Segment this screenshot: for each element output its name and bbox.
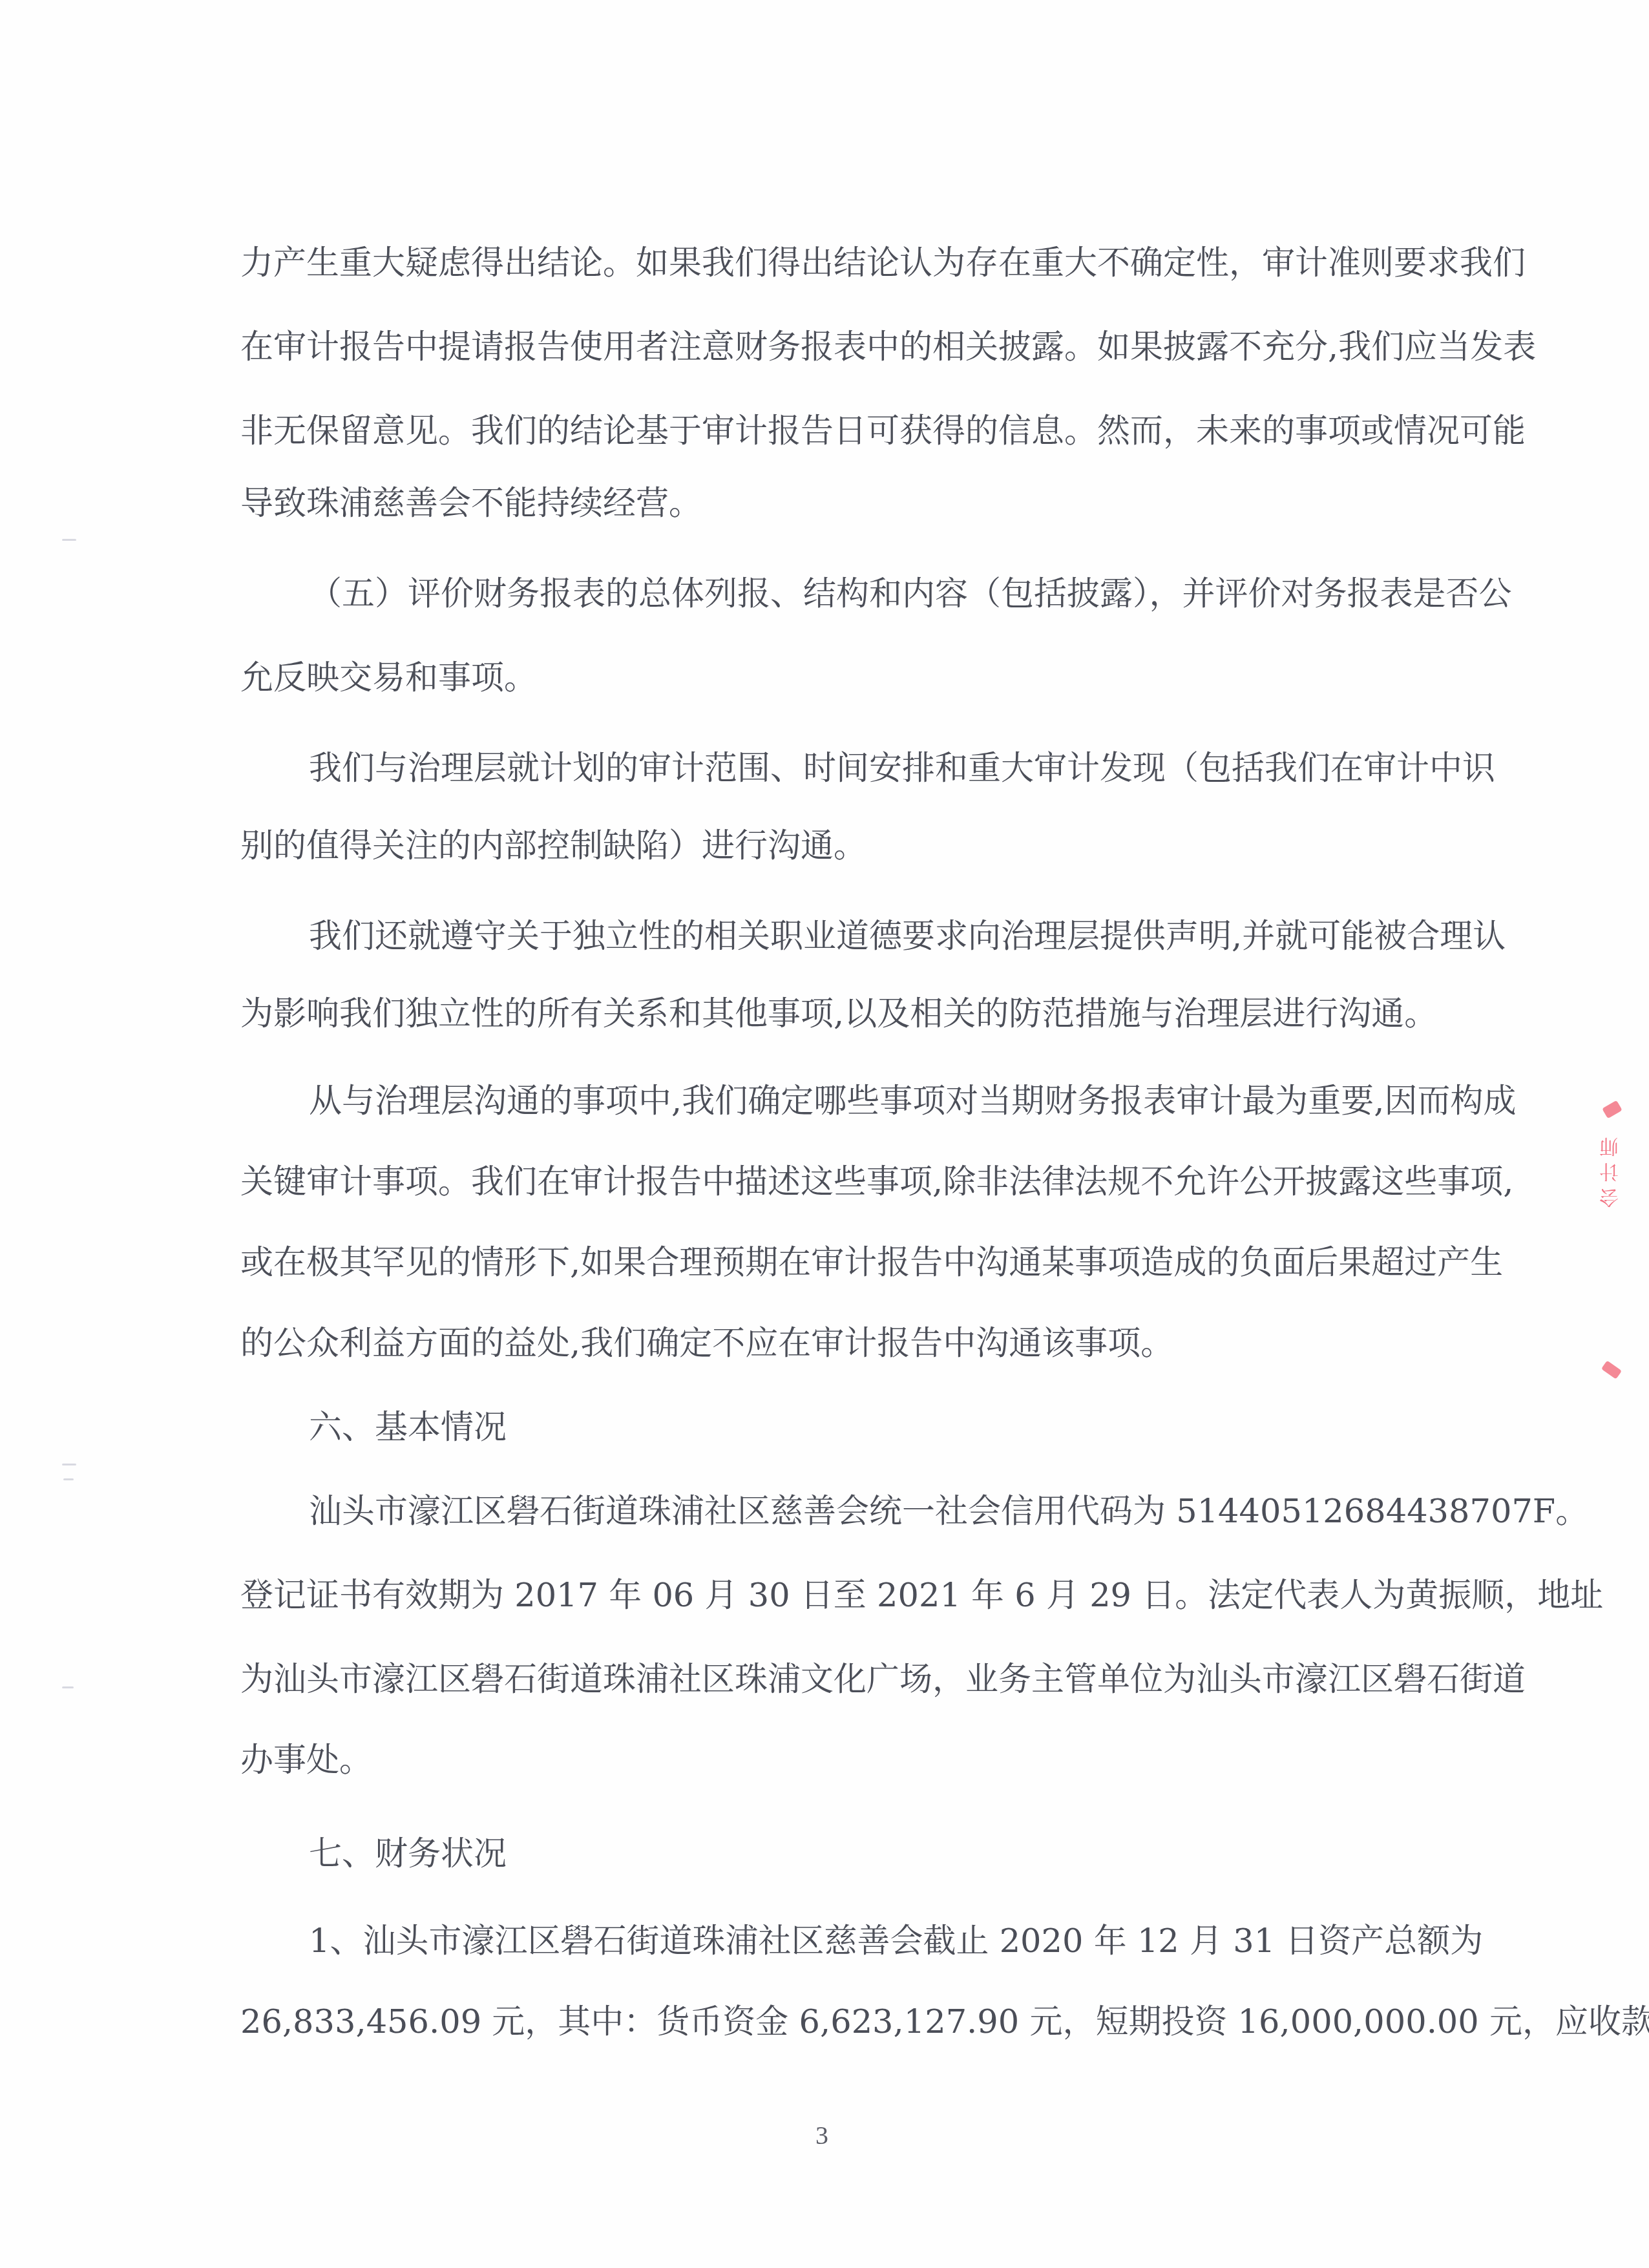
scan-artifact <box>63 1478 74 1480</box>
paragraph-line: 我们与治理层就计划的审计范围、时间安排和重大审计发现（包括我们在审计中识 <box>240 746 1481 792</box>
paragraph-line: 导致珠浦慈善会不能持续经营。 <box>240 481 1481 527</box>
paragraph-line: 为汕头市濠江区礐石街道珠浦社区珠浦文化广场，业务主管单位为汕头市濠江区礐石街道 <box>240 1657 1481 1703</box>
scan-artifact <box>62 539 76 541</box>
seal-fragment-top <box>1602 1100 1623 1119</box>
paragraph-line: 关键审计事项。我们在审计报告中描述这些事项,除非法律法规不允许公开披露这些事项, <box>240 1160 1481 1205</box>
paragraph-line: 为影响我们独立性的所有关系和其他事项,以及相关的防范措施与治理层进行沟通。 <box>240 992 1481 1037</box>
scan-artifact <box>62 1686 74 1688</box>
paragraph-line: 或在极其罕见的情形下,如果合理预期在审计报告中沟通某事项造成的负面后果超过产生 <box>240 1241 1481 1286</box>
paragraph-line: 登记证书有效期为 2017 年 06 月 30 日至 2021 年 6 月 29… <box>240 1573 1481 1619</box>
seal-fragment-bottom <box>1601 1360 1622 1379</box>
paragraph-line: 允反映交易和事项。 <box>240 656 1481 701</box>
paragraph-line: （五）评价财务报表的总体列报、结构和内容（包括披露），并评价对务报表是否公 <box>240 572 1481 617</box>
scan-artifact <box>62 1464 76 1465</box>
document-page: 力产生重大疑虑得出结论。如果我们得出结论认为存在重大不确定性，审计准则要求我们 … <box>0 0 1649 2268</box>
paragraph-line: 非无保留意见。我们的结论基于审计报告日可获得的信息。然而，未来的事项或情况可能 <box>240 409 1481 454</box>
paragraph-line: 汕头市濠江区礐石街道珠浦社区慈善会统一社会信用代码为 5144051268443… <box>240 1489 1481 1535</box>
page-number: 3 <box>815 2119 828 2152</box>
paragraph-line: 力产生重大疑虑得出结论。如果我们得出结论认为存在重大不确定性，审计准则要求我们 <box>240 241 1481 286</box>
paragraph-line: 1、汕头市濠江区礐石街道珠浦社区慈善会截止 2020 年 12 月 31 日资产… <box>240 1919 1481 1964</box>
paragraph-line: 别的值得关注的内部控制缺陷）进行沟通。 <box>240 824 1481 869</box>
paragraph-line: 办事处。 <box>240 1738 1481 1783</box>
paragraph-line: 我们还就遵守关于独立性的相关职业道德要求向治理层提供声明,并就可能被合理认 <box>240 914 1481 960</box>
paragraph-line: 从与治理层沟通的事项中,我们确定哪些事项对当期财务报表审计最为重要,因而构成 <box>240 1079 1481 1124</box>
paragraph-line: 的公众利益方面的益处,我们确定不应在审计报告中沟通该事项。 <box>240 1321 1481 1367</box>
paragraph-line: 在审计报告中提请报告使用者注意财务报表中的相关披露。如果披露不充分,我们应当发表 <box>240 325 1481 370</box>
section-heading-basic-info: 六、基本情况 <box>240 1405 507 1451</box>
seal-stamp-text: 会 计 师 <box>1596 1137 1622 1208</box>
section-heading-financial-status: 七、财务状况 <box>240 1832 507 1877</box>
paragraph-line: 26,833,456.09 元，其中：货币资金 6,623,127.90 元，短… <box>240 2000 1481 2045</box>
